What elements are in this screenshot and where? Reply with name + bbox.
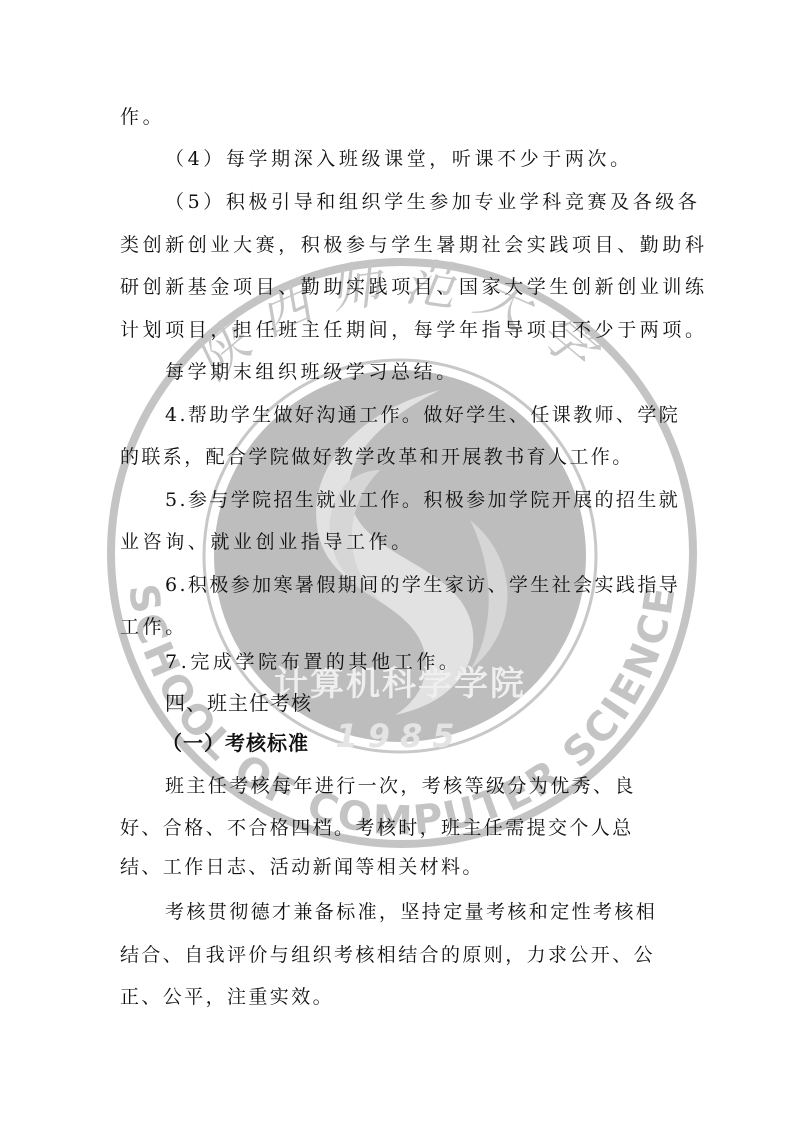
paragraph-line: 研创新基金项目、勤助实践项目、国家大学生创新创业训练 [120, 272, 708, 302]
paragraph-line: 结、工作日志、活动新闻等相关材料。 [120, 852, 484, 882]
paragraph-line: 的联系，配合学院做好教学改革和开展教书育人工作。 [120, 442, 634, 472]
paragraph-line: 班主任考核每年进行一次，考核等级分为优秀、良 [165, 771, 636, 801]
paragraph-line: 每学期末组织班级学习总结。 [165, 357, 459, 387]
paragraph-line: 好、合格、不合格四档。考核时，班主任需提交个人总 [120, 813, 634, 843]
paragraph-line: 类创新创业大赛，积极参与学生暑期社会实践项目、勤助科 [120, 230, 708, 260]
section-heading: 四、班主任考核 [165, 688, 312, 718]
paragraph-line: 正、公平，注重实效。 [120, 982, 334, 1012]
paragraph-line: （4）每学期深入班级课堂，听课不少于两次。 [165, 144, 633, 174]
paragraph-line: 作。 [120, 102, 165, 132]
paragraph-line: 5.参与学院招生就业工作。积极参加学院开展的招生就 [165, 485, 680, 515]
paragraph-line: 工作。 [120, 612, 188, 642]
paragraph-line: 7.完成学院布置的其他工作。 [165, 647, 462, 677]
paragraph-line: 4.帮助学生做好沟通工作。做好学生、任课教师、学院 [165, 400, 680, 430]
paragraph-line: 结合、自我评价与组织考核相结合的原则，力求公开、公 [120, 940, 655, 970]
document-page: 作。 （4）每学期深入班级课堂，听课不少于两次。 （5）积极引导和组织学生参加专… [0, 0, 794, 1123]
subsection-heading: （一）考核标准 [162, 728, 309, 758]
paragraph-line: （5）积极引导和组织学生参加专业学科竞赛及各级各 [165, 187, 701, 217]
paragraph-line: 考核贯彻德才兼备标准，坚持定量考核和定性考核相 [165, 897, 657, 927]
paragraph-line: 业咨询、就业创业指导工作。 [120, 527, 414, 557]
paragraph-line: 计划项目，担任班主任期间，每学年指导项目不少于两项。 [120, 315, 708, 345]
paragraph-line: 6.积极参加寒暑假期间的学生家访、学生社会实践指导 [165, 570, 680, 600]
